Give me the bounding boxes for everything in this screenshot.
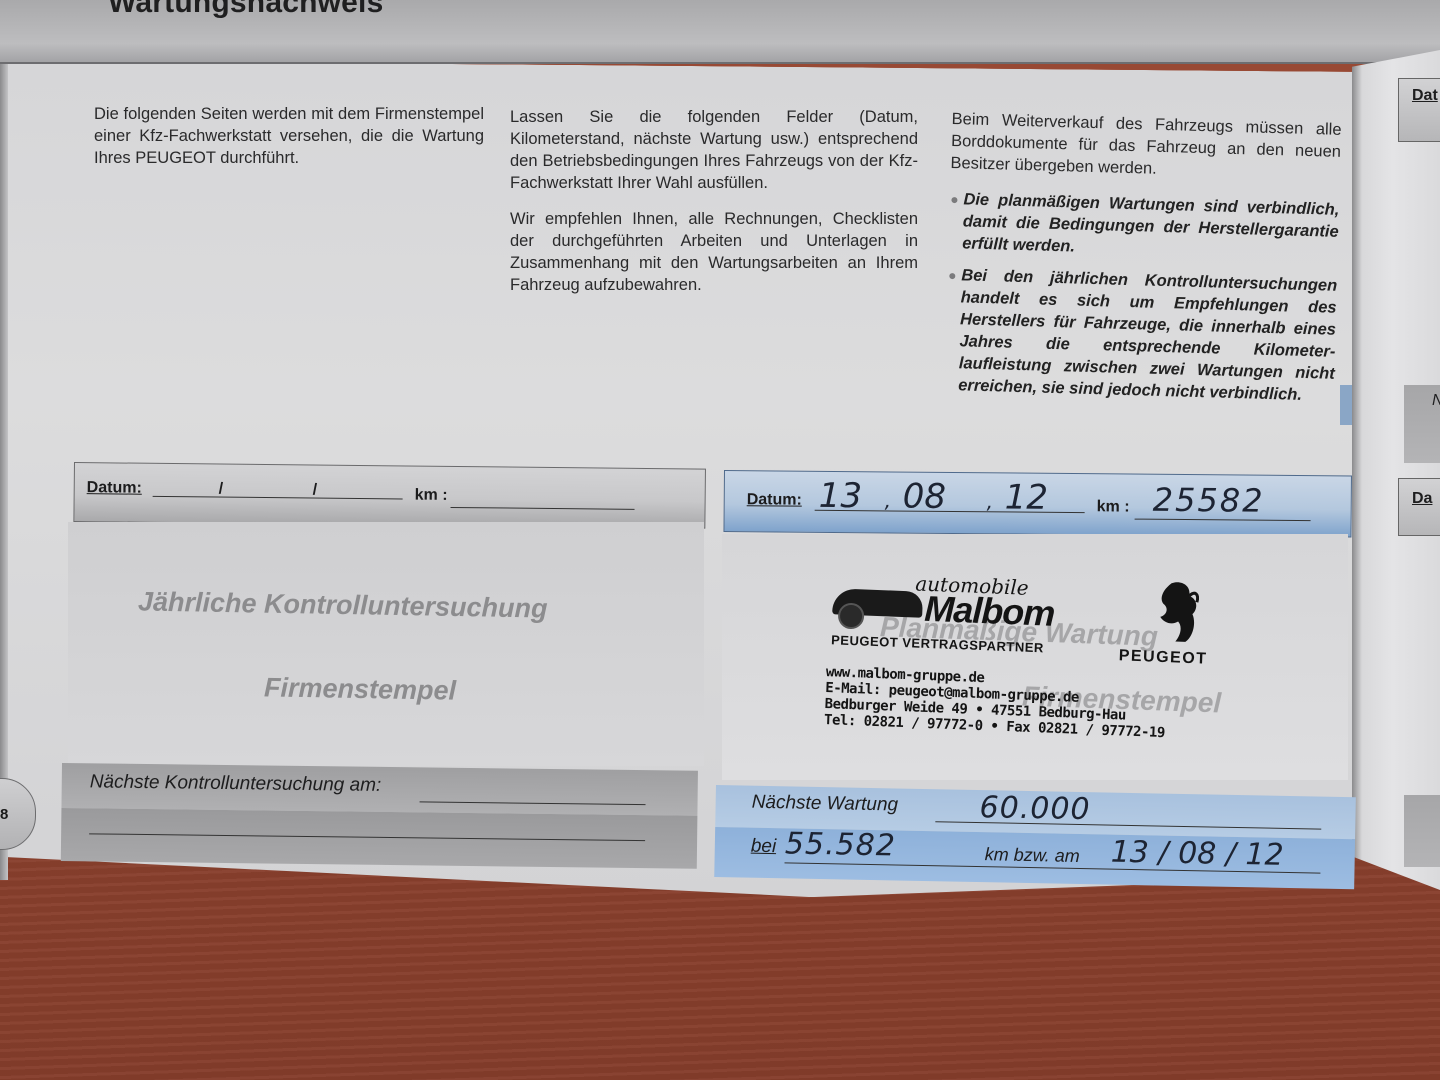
next-service-date: 13 / 08 / 12	[1110, 835, 1284, 873]
service-date-month: 08	[903, 477, 947, 517]
note-item: Bei den jährlichen Kontrolluntersuchunge…	[944, 264, 1338, 407]
stamp-partner: PEUGEOT VERTRAGSPARTNER	[831, 632, 1044, 655]
km-bzw-label: km bzw. am	[985, 844, 1080, 867]
annual-check-header: Datum: / / km :	[73, 462, 706, 529]
page-gutter	[1340, 385, 1352, 425]
intro-text-3: Beim Weiterverkauf des Fahrzeugs müssen …	[950, 108, 1342, 185]
next-service-label: Nächste Wartung	[751, 792, 898, 817]
next-service-value: 60.000	[979, 790, 1091, 827]
notes-list: Die planmäßigen Wartungen sind verbindli…	[944, 188, 1340, 407]
stamp-brand: Malbom	[924, 588, 1056, 635]
annual-km-label: km :	[415, 487, 448, 505]
annual-next-check: Nächste Kontrolluntersuchung am:	[61, 763, 698, 869]
annual-stamp-area: Jährliche Kontrolluntersuchung Firmenste…	[68, 522, 704, 766]
next-check-band-2	[61, 808, 698, 869]
page-title: Wartungsnachweis	[108, 0, 383, 20]
intro-column-3: Beim Weiterverkauf des Fahrzeugs müssen …	[944, 108, 1342, 417]
next-page-date-label-2: Da	[1412, 490, 1432, 508]
service-next: Nächste Wartung 60.000 bei 55.582 km bzw…	[714, 785, 1356, 893]
service-header: Datum: 13 , 08 , 12 km : 25582	[723, 470, 1352, 537]
service-date-day: 13	[819, 476, 863, 516]
annual-date-field[interactable]	[153, 496, 403, 500]
next-check-label: Nächste Kontrolluntersuchung am:	[90, 771, 382, 797]
table-surface	[0, 860, 1440, 1080]
intro-column-1: Die folgenden Seiten werden mit dem Firm…	[94, 103, 484, 183]
service-km-value: 25582	[1153, 481, 1265, 520]
dealer-stamp: automobile Malbom PEUGEOT VERTRAGSPARTNE…	[818, 566, 1255, 782]
service-km-label: km :	[1097, 498, 1130, 516]
next-page-bottom-band	[1404, 795, 1440, 867]
page-edge	[0, 60, 8, 880]
annual-watermark-stamp: Firmenstempel	[264, 672, 457, 706]
service-date-label: Datum:	[747, 491, 802, 509]
next-page	[1352, 50, 1440, 890]
bei-value: 55.582	[785, 826, 897, 863]
page-header: Wartungsnachweis	[0, 0, 1440, 64]
service-date-year: 12	[1005, 477, 1049, 517]
date-separator: /	[219, 481, 224, 499]
peugeot-lion-icon	[1151, 579, 1201, 647]
stamp-peugeot: PEUGEOT	[1118, 647, 1207, 668]
annual-km-field[interactable]	[451, 507, 635, 510]
intro-text-2a: Lassen Sie die folgenden Felder (Datum, …	[510, 106, 918, 194]
annual-watermark-title: Jährliche Kontrolluntersuchung	[138, 586, 548, 624]
intro-column-2: Lassen Sie die folgenden Felder (Datum, …	[510, 106, 918, 310]
bei-label: bei	[751, 836, 777, 858]
date-separator: /	[313, 482, 318, 500]
intro-text-2b: Wir empfehlen Ihnen, alle Rechnungen, Ch…	[510, 208, 918, 296]
next-page-date-label: Dat	[1412, 87, 1438, 105]
note-item: Die planmäßigen Wartungen sind verbindli…	[948, 188, 1340, 265]
intro-text-1: Die folgenden Seiten werden mit dem Firm…	[94, 103, 484, 169]
annual-date-label: Datum:	[87, 479, 142, 498]
wheel-icon	[838, 603, 865, 630]
page-number: 8	[0, 806, 8, 823]
next-page-next-label: N	[1432, 392, 1440, 410]
